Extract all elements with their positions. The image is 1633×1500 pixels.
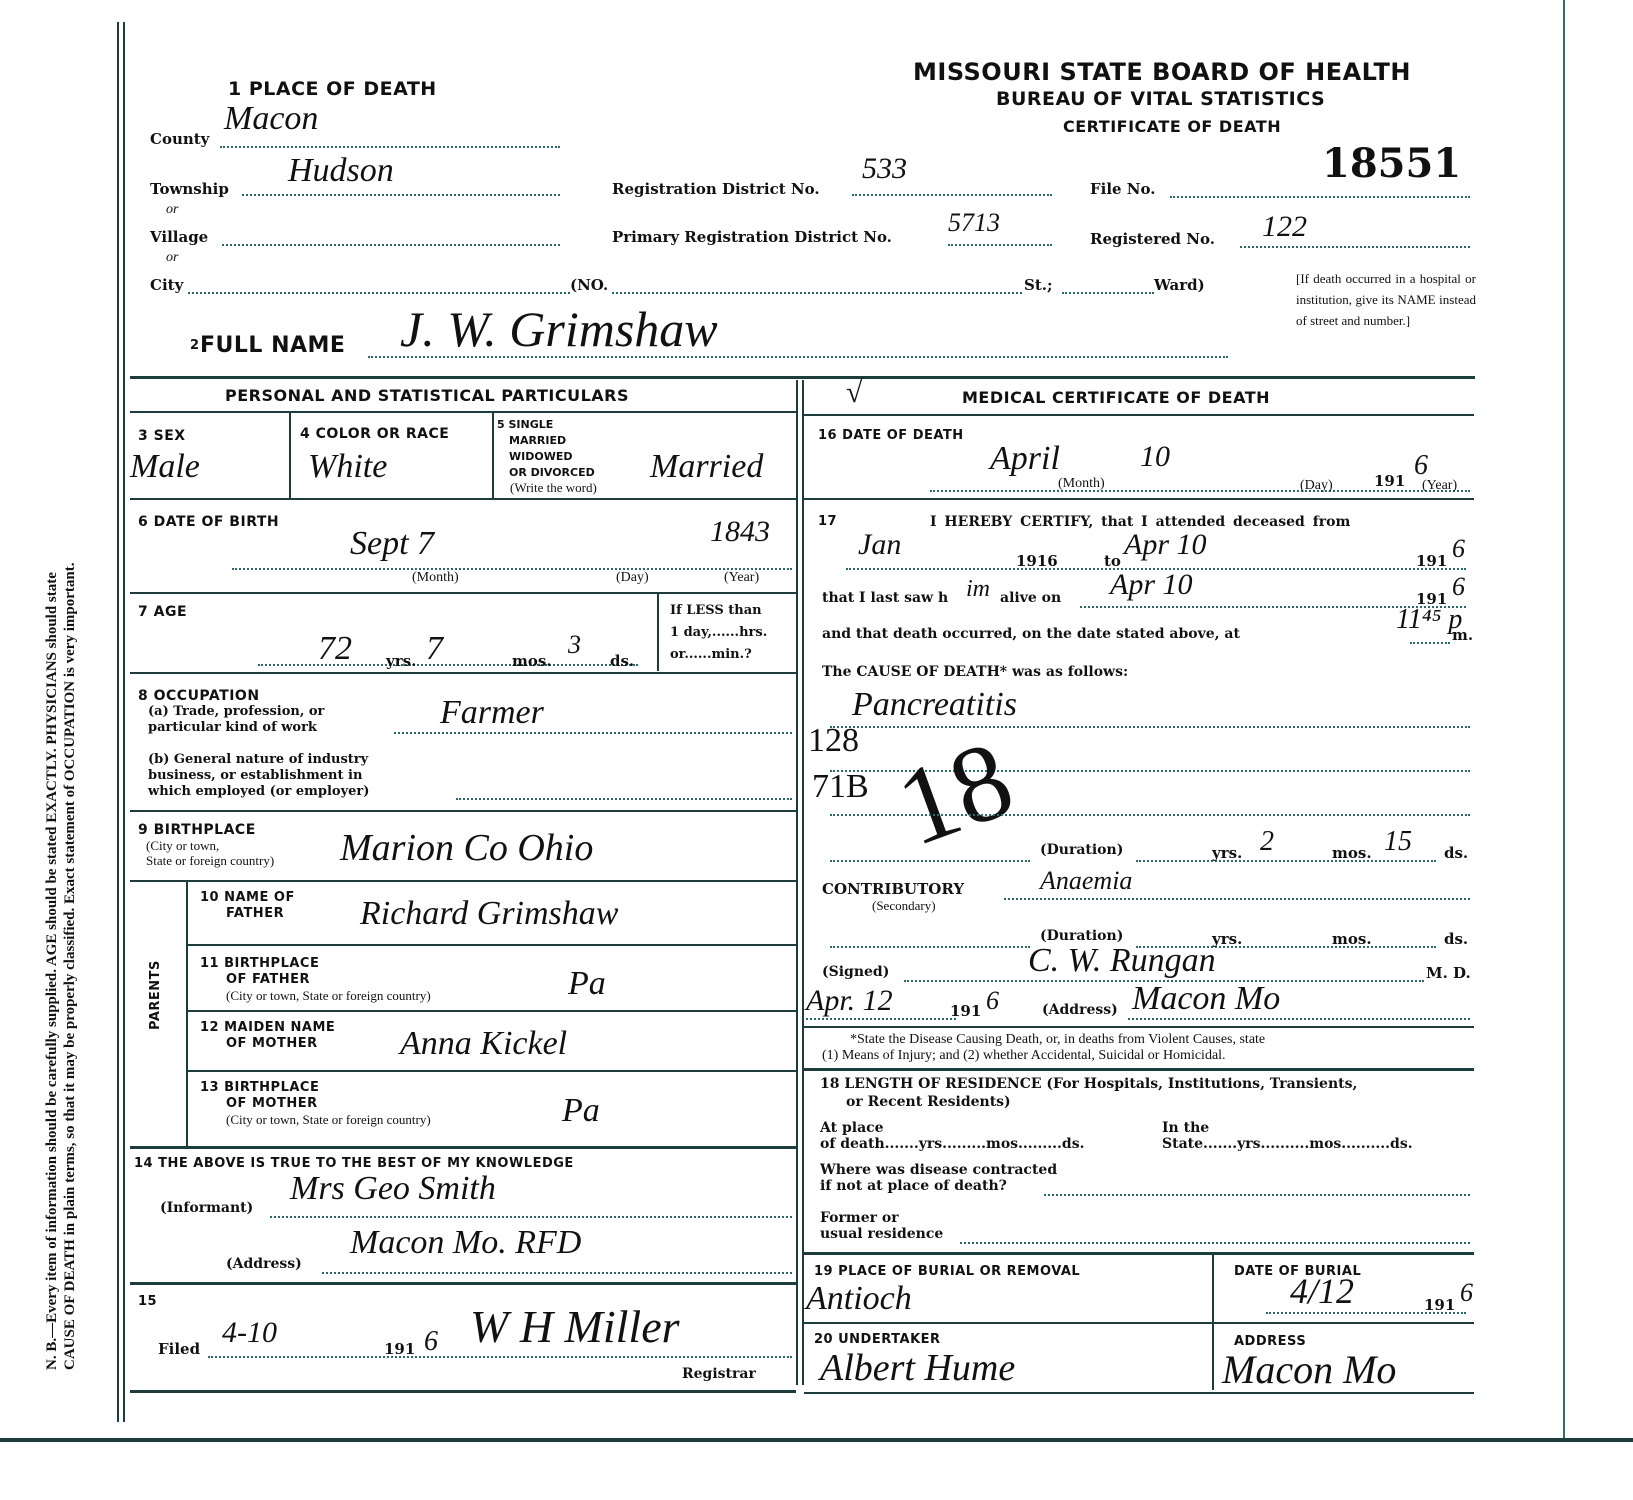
classification-code-2: 71B bbox=[812, 768, 869, 806]
age-days[interactable]: 3 bbox=[568, 630, 581, 660]
classification-mark: 18 bbox=[882, 715, 1029, 872]
age-years[interactable]: 72 bbox=[318, 630, 352, 668]
filed-year-prefix: 191 bbox=[384, 1340, 415, 1358]
birthplace-hint-2: State or foreign country) bbox=[146, 853, 274, 868]
in-state-line-2: State.......yrs..........mos..........ds… bbox=[1162, 1136, 1413, 1152]
less-than-line-3: or......min.? bbox=[670, 644, 767, 666]
dob-label: 6 DATE OF BIRTH bbox=[138, 514, 279, 530]
item-17-number: 17 bbox=[818, 514, 837, 529]
less-than-line-1: If LESS than bbox=[670, 600, 767, 622]
medical-certificate-heading: MEDICAL CERTIFICATE OF DEATH bbox=[962, 388, 1270, 407]
certificate-type: CERTIFICATE OF DEATH bbox=[1063, 117, 1281, 136]
contributory-label: CONTRIBUTORY bbox=[822, 880, 964, 898]
attended-from[interactable]: Jan bbox=[858, 528, 901, 562]
undertaker-label: 20 UNDERTAKER bbox=[814, 1332, 941, 1347]
dod-year-caption: (Year) bbox=[1422, 478, 1457, 494]
less-than-line-2: 1 day,......hrs. bbox=[670, 622, 767, 644]
county-label: County bbox=[150, 130, 209, 148]
date-of-death-year-prefix: 191 bbox=[1374, 472, 1405, 490]
place-of-death-heading: 1 PLACE OF DEATH bbox=[228, 78, 437, 100]
dob-month-day[interactable]: Sept 7 bbox=[350, 525, 434, 563]
row-rule-5 bbox=[130, 880, 796, 882]
race-marital-divider bbox=[492, 412, 494, 498]
registration-district-label: Registration District No. bbox=[612, 180, 820, 198]
medical-rule-1 bbox=[804, 498, 1474, 500]
mother-bp-hint: (City or town, State or foreign country) bbox=[226, 1112, 431, 1128]
marital-hint: (Write the word) bbox=[510, 480, 597, 496]
city-line bbox=[188, 292, 570, 294]
physician-signature[interactable]: C. W. Rungan bbox=[1028, 942, 1216, 980]
duration-label: (Duration) bbox=[1040, 842, 1123, 858]
medical-heading-rule bbox=[804, 414, 1474, 416]
marital-label-widowed: WIDOWED bbox=[497, 449, 595, 465]
occupation-b-label: (b) General nature of industry business,… bbox=[148, 752, 369, 800]
where-contracted-line-1: Where was disease contracted bbox=[820, 1162, 1057, 1178]
where-contracted-line-2: if not at place of death? bbox=[820, 1178, 1057, 1194]
dob-day-caption: (Day) bbox=[616, 570, 649, 586]
burial-place-value[interactable]: Antioch bbox=[806, 1280, 912, 1318]
at-place-of-death: At place of death.......yrs.........mos.… bbox=[820, 1120, 1084, 1152]
medical-rule-2 bbox=[804, 1026, 1474, 1028]
ward-label: Ward) bbox=[1154, 276, 1205, 294]
dob-year[interactable]: 1843 bbox=[710, 515, 770, 549]
burial-date-value[interactable]: 4/12 bbox=[1290, 1270, 1354, 1312]
burial-year-prefix: 191 bbox=[1424, 1296, 1455, 1314]
am-pm-suffix: m. bbox=[1452, 626, 1473, 644]
physician-address[interactable]: Macon Mo bbox=[1132, 980, 1280, 1018]
father-label-2: FATHER bbox=[200, 906, 295, 922]
duration2-ds-label: ds. bbox=[1444, 930, 1468, 948]
township-value[interactable]: Hudson bbox=[288, 152, 394, 190]
father-birthplace-value[interactable]: Pa bbox=[568, 965, 606, 1003]
occupation-a-line bbox=[394, 732, 792, 734]
registrar-label: Registrar bbox=[682, 1366, 756, 1382]
dob-year-caption: (Year) bbox=[724, 570, 759, 586]
duration2-line-start bbox=[830, 946, 1030, 948]
birthplace-hint: (City or town, State or foreign country) bbox=[146, 838, 274, 868]
personal-particulars-heading: PERSONAL AND STATISTICAL PARTICULARS bbox=[225, 386, 629, 405]
dob-month-caption: (Month) bbox=[412, 570, 459, 586]
age-label: 7 AGE bbox=[138, 604, 187, 620]
in-state-line-1: In the bbox=[1162, 1120, 1413, 1136]
duration-line-start bbox=[830, 860, 1030, 862]
row-rule-4 bbox=[130, 810, 796, 812]
parents-divider bbox=[186, 881, 188, 1147]
last-saw-him[interactable]: im bbox=[966, 576, 990, 603]
cause-of-death-value[interactable]: Pancreatitis bbox=[852, 686, 1017, 724]
age-months[interactable]: 7 bbox=[426, 630, 443, 668]
sex-label: 3 SEX bbox=[138, 428, 186, 444]
st-label: St.; bbox=[1024, 276, 1053, 294]
medical-rule-5 bbox=[804, 1322, 1474, 1324]
cause-line-1 bbox=[830, 726, 1470, 728]
hospital-note: [If death occurred in a hospital or inst… bbox=[1296, 268, 1476, 331]
physician-address-label: (Address) bbox=[1042, 1002, 1118, 1018]
dod-month-caption: (Month) bbox=[1058, 476, 1105, 492]
death-time-text: and that death occurred, on the date sta… bbox=[822, 626, 1240, 642]
bottom-rule-left bbox=[130, 1390, 796, 1393]
file-no-line bbox=[1170, 196, 1470, 198]
filed-label: Filed bbox=[158, 1340, 200, 1358]
informant-line bbox=[270, 1216, 792, 1218]
registered-no-value[interactable]: 122 bbox=[1262, 210, 1307, 244]
signed-date-line bbox=[806, 1018, 956, 1020]
mother-label-1: 12 MAIDEN NAME bbox=[200, 1020, 335, 1036]
form-left-border bbox=[117, 22, 119, 1422]
attended-to-year-suffix[interactable]: 6 bbox=[1452, 534, 1465, 564]
registration-district-value[interactable]: 533 bbox=[862, 152, 907, 186]
township-label: Township bbox=[150, 180, 229, 198]
duration-yrs-label: yrs. bbox=[1212, 844, 1242, 862]
dod-day-caption: (Day) bbox=[1300, 478, 1333, 494]
former-residence-line-1: Former or bbox=[820, 1210, 943, 1226]
attended-from-year: 1916 bbox=[1016, 552, 1058, 570]
informant-value[interactable]: Mrs Geo Smith bbox=[290, 1170, 496, 1208]
occupation-b-line-3: which employed (or employer) bbox=[148, 784, 369, 800]
file-no-label: File No. bbox=[1090, 180, 1156, 198]
footnote-line-1: *State the Disease Causing Death, or, in… bbox=[850, 1032, 1265, 1048]
signed-year-prefix: 191 bbox=[950, 1002, 981, 1020]
township-line bbox=[242, 194, 560, 196]
age-ds-label: ds. bbox=[610, 652, 634, 670]
age-line bbox=[258, 664, 638, 666]
personal-heading-rule bbox=[130, 411, 796, 413]
age-yrs-label: yrs. bbox=[386, 652, 416, 670]
length-of-residence-label-2: or Recent Residents) bbox=[846, 1094, 1011, 1110]
duration-ds-label: ds. bbox=[1444, 844, 1468, 862]
dob-line bbox=[232, 568, 792, 570]
marital-label-divorced: OR DIVORCED bbox=[497, 465, 595, 481]
age-less-divider bbox=[657, 593, 659, 671]
father-bp-label-1: 11 BIRTHPLACE bbox=[200, 956, 319, 972]
occupation-a-line-1: (a) Trade, profession, or bbox=[148, 704, 324, 720]
filed-line bbox=[208, 1356, 792, 1358]
registration-district-line bbox=[852, 194, 1052, 196]
at-place-line-1: At place bbox=[820, 1120, 1084, 1136]
length-of-residence-label: 18 LENGTH OF RESIDENCE (For Hospitals, I… bbox=[820, 1076, 1357, 1092]
former-residence: Former or usual residence bbox=[820, 1210, 943, 1242]
footnote-line-2: (1) Means of Injury; and (2) whether Acc… bbox=[822, 1048, 1226, 1064]
full-name-value[interactable]: J. W. Grimshaw bbox=[400, 300, 718, 358]
last-saw-year-suffix[interactable]: 6 bbox=[1452, 572, 1465, 602]
center-divider-2 bbox=[802, 380, 804, 1385]
full-name-number: 2 bbox=[190, 338, 200, 353]
at-place-line-2: of death.......yrs.........mos.........d… bbox=[820, 1136, 1084, 1152]
contributory-line bbox=[1004, 898, 1470, 900]
ward-line bbox=[1062, 292, 1154, 294]
father-label-1: 10 NAME OF bbox=[200, 890, 295, 906]
duration-days[interactable]: 15 bbox=[1384, 826, 1412, 858]
occupation-b-line-2: business, or establishment in bbox=[148, 768, 369, 784]
mother-name-value[interactable]: Anna Kickel bbox=[400, 1025, 567, 1063]
physician-address-line bbox=[1128, 1018, 1470, 1020]
margin-instruction-line-2: CAUSE OF DEATH in plain terms, so that i… bbox=[62, 563, 79, 1370]
occupation-value[interactable]: Farmer bbox=[440, 694, 544, 732]
signed-label: (Signed) bbox=[822, 964, 889, 980]
date-of-death-line bbox=[930, 490, 1470, 492]
occupation-b-line-1: (b) General nature of industry bbox=[148, 752, 369, 768]
check-mark: √ bbox=[846, 376, 862, 410]
former-residence-line bbox=[960, 1242, 1470, 1244]
marital-label-single: 5 SINGLE bbox=[497, 417, 595, 433]
section-divider-top bbox=[130, 376, 1475, 379]
parents-label: PARENTS bbox=[148, 960, 163, 1030]
or-label-1: or bbox=[166, 202, 178, 218]
or-label-2: or bbox=[166, 250, 178, 266]
mother-label-2: OF MOTHER bbox=[200, 1036, 335, 1052]
marital-value[interactable]: Married bbox=[650, 448, 763, 486]
cause-of-death-label: The CAUSE OF DEATH* was as follows: bbox=[822, 664, 1128, 680]
village-line bbox=[222, 244, 560, 246]
duration-mos-label: mos. bbox=[1332, 844, 1372, 862]
attended-to-date[interactable]: Apr 10 bbox=[1124, 528, 1207, 562]
primary-registration-value[interactable]: 5713 bbox=[948, 208, 1000, 238]
date-of-death-day[interactable]: 10 bbox=[1140, 440, 1170, 474]
md-label: M. D. bbox=[1426, 964, 1471, 982]
medical-rule-4 bbox=[804, 1252, 1474, 1255]
where-contracted-line bbox=[1044, 1194, 1470, 1196]
burial-year-suffix[interactable]: 6 bbox=[1460, 1278, 1473, 1308]
where-contracted: Where was disease contracted if not at p… bbox=[820, 1162, 1057, 1194]
item-15-number: 15 bbox=[138, 1294, 157, 1309]
sex-value[interactable]: Male bbox=[130, 448, 200, 486]
race-label: 4 COLOR OR RACE bbox=[300, 426, 449, 442]
cause-line-3 bbox=[830, 814, 1470, 816]
row-rule-8 bbox=[186, 1070, 796, 1072]
birthplace-hint-1: (City or town, bbox=[146, 838, 274, 853]
registered-no-label: Registered No. bbox=[1090, 230, 1215, 248]
sex-race-divider bbox=[289, 412, 291, 498]
medical-rule-3 bbox=[804, 1068, 1474, 1071]
city-label: City bbox=[150, 276, 183, 294]
birthplace-label: 9 BIRTHPLACE bbox=[138, 822, 256, 838]
mother-birthplace-label: 13 BIRTHPLACE OF MOTHER bbox=[200, 1080, 319, 1112]
registrar-signature[interactable]: W H Miller bbox=[470, 1300, 680, 1353]
informant-address-label: (Address) bbox=[226, 1256, 302, 1272]
burial-place-label: 19 PLACE OF BURIAL OR REMOVAL bbox=[814, 1264, 1080, 1279]
age-mos-label: mos. bbox=[512, 652, 552, 670]
duration2-mos-label: mos. bbox=[1332, 930, 1372, 948]
mother-bp-label-2: OF MOTHER bbox=[200, 1096, 319, 1112]
row-rule-1 bbox=[130, 498, 796, 500]
last-saw-text: that I last saw h bbox=[822, 590, 948, 606]
row-rule-3 bbox=[130, 672, 796, 674]
row-rule-10 bbox=[130, 1282, 796, 1285]
street-line bbox=[612, 292, 1022, 294]
center-divider bbox=[796, 380, 798, 1385]
duration-line bbox=[1136, 860, 1436, 862]
row-rule-2 bbox=[130, 592, 796, 594]
county-value[interactable]: Macon bbox=[224, 100, 318, 138]
father-name-label: 10 NAME OF FATHER bbox=[200, 890, 295, 922]
occupation-a-line-2: particular kind of work bbox=[148, 720, 324, 736]
row-rule-6 bbox=[186, 944, 796, 946]
date-of-death-label: 16 DATE OF DEATH bbox=[818, 428, 964, 443]
mother-birthplace-value[interactable]: Pa bbox=[562, 1092, 600, 1130]
date-of-death-month[interactable]: April bbox=[990, 440, 1060, 478]
county-line bbox=[220, 146, 560, 148]
signed-year-suffix[interactable]: 6 bbox=[986, 986, 999, 1016]
row-rule-7 bbox=[186, 1010, 796, 1012]
full-name-label: FULL NAME bbox=[200, 333, 345, 358]
filed-year-suffix[interactable]: 6 bbox=[424, 1326, 438, 1358]
row-rule-9 bbox=[130, 1146, 796, 1149]
death-time-line bbox=[1410, 642, 1450, 644]
informant-address-value[interactable]: Macon Mo. RFD bbox=[350, 1224, 581, 1262]
former-residence-line-2: usual residence bbox=[820, 1226, 943, 1242]
father-bp-hint: (City or town, State or foreign country) bbox=[226, 988, 431, 1004]
father-name-value[interactable]: Richard Grimshaw bbox=[360, 895, 618, 933]
in-state: In the State.......yrs..........mos.....… bbox=[1162, 1120, 1413, 1152]
father-bp-label-2: OF FATHER bbox=[200, 972, 319, 988]
mother-bp-label-1: 13 BIRTHPLACE bbox=[200, 1080, 319, 1096]
marital-label-married: MARRIED bbox=[497, 433, 595, 449]
alive-on-label: alive on bbox=[1000, 590, 1061, 606]
occupation-b-line bbox=[456, 798, 792, 800]
father-birthplace-label: 11 BIRTHPLACE OF FATHER bbox=[200, 956, 319, 988]
undertaker-address-value[interactable]: Macon Mo bbox=[1222, 1346, 1396, 1393]
form-bottom-edge bbox=[0, 1438, 1633, 1442]
margin-instruction-line-1: N. B.—Every item of information should b… bbox=[44, 572, 61, 1370]
form-left-border-inner bbox=[123, 22, 125, 1422]
duration2-yrs-label: yrs. bbox=[1212, 930, 1242, 948]
occupation-a-label: (a) Trade, profession, or particular kin… bbox=[148, 704, 324, 736]
contributory-value[interactable]: Anaemia bbox=[1040, 866, 1132, 896]
last-saw-date[interactable]: Apr 10 bbox=[1110, 568, 1193, 602]
primary-registration-line bbox=[948, 244, 1052, 246]
board-title: MISSOURI STATE BOARD OF HEALTH bbox=[913, 58, 1411, 86]
secondary-label: (Secondary) bbox=[872, 898, 936, 914]
informant-label: (Informant) bbox=[160, 1200, 253, 1216]
file-number: 18551 bbox=[1322, 140, 1461, 187]
street-no-label: (NO. bbox=[570, 276, 608, 294]
village-label: Village bbox=[150, 228, 208, 246]
undertaker-value[interactable]: Albert Hume bbox=[820, 1346, 1015, 1390]
classification-code-1: 128 bbox=[808, 722, 859, 760]
form-right-edge bbox=[1563, 0, 1565, 1440]
race-value[interactable]: White bbox=[308, 448, 387, 486]
primary-registration-label: Primary Registration District No. bbox=[612, 228, 892, 246]
occupation-label: 8 OCCUPATION bbox=[138, 688, 260, 704]
informant-address-line bbox=[322, 1272, 792, 1274]
registered-no-line bbox=[1240, 246, 1470, 248]
mother-name-label: 12 MAIDEN NAME OF MOTHER bbox=[200, 1020, 335, 1052]
signed-date[interactable]: Apr. 12 bbox=[806, 984, 893, 1018]
attended-to-year-prefix: 191 bbox=[1416, 552, 1447, 570]
bottom-rule-right bbox=[804, 1392, 1474, 1394]
less-than-day: If LESS than 1 day,......hrs. or......mi… bbox=[670, 600, 767, 666]
informant-heading: 14 THE ABOVE IS TRUE TO THE BEST OF MY K… bbox=[134, 1156, 574, 1171]
filed-date[interactable]: 4-10 bbox=[222, 1316, 277, 1350]
bureau-subtitle: BUREAU OF VITAL STATISTICS bbox=[996, 88, 1325, 110]
marital-labels: 5 SINGLE MARRIED WIDOWED OR DIVORCED bbox=[497, 417, 595, 481]
birthplace-value[interactable]: Marion Co Ohio bbox=[340, 826, 593, 870]
duration-months[interactable]: 2 bbox=[1260, 826, 1274, 858]
